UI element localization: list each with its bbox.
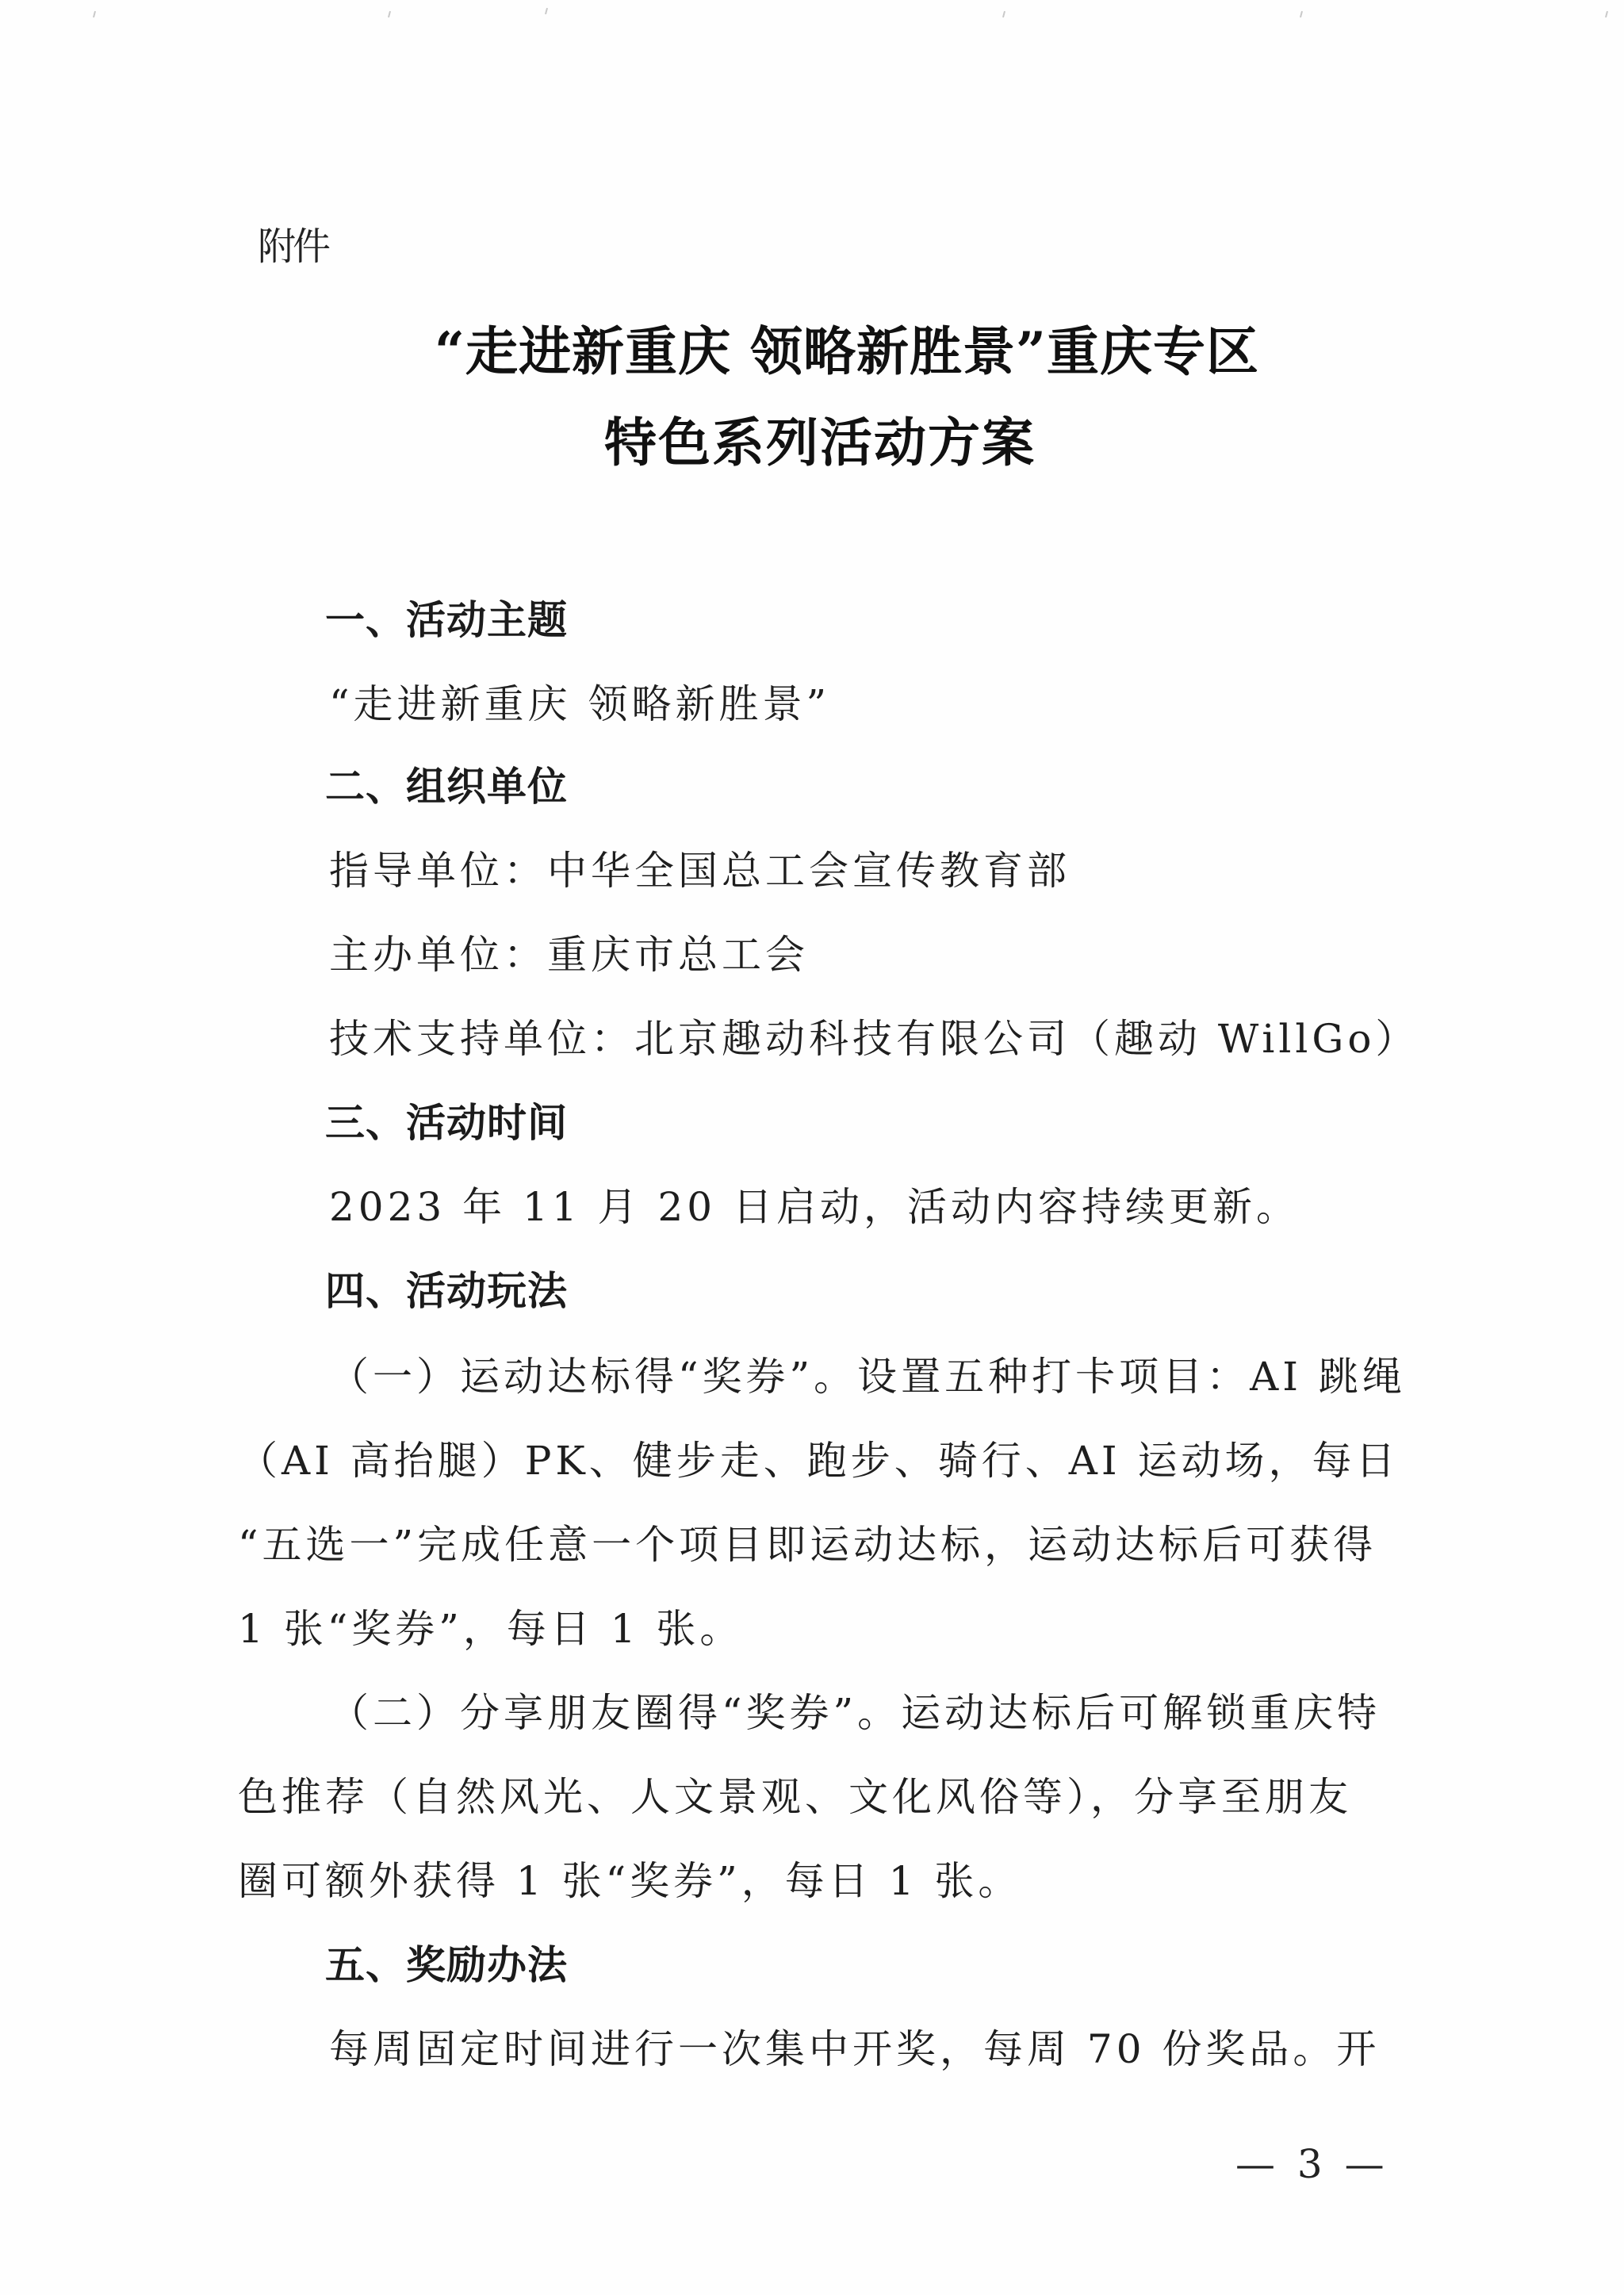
- section-heading-organizers: 二、组织单位: [325, 755, 568, 812]
- scan-artifact: [545, 8, 548, 14]
- section-heading-rewards: 五、奖励办法: [325, 1933, 568, 1990]
- gameplay-line: （AI 高抬腿）PK、健步走、跑步、骑行、AI 运动场，每日: [238, 1429, 1400, 1486]
- document-page: 附件 “走进新重庆 领略新胜景”重庆专区 特色系列活动方案 一、活动主题 “走进…: [0, 0, 1624, 2295]
- scan-artifact: [1605, 11, 1608, 17]
- scan-artifact: [388, 11, 391, 17]
- gameplay-line: 色推荐（自然风光、人文景观、文化风俗等），分享至朋友: [238, 1765, 1352, 1822]
- rewards-text: 每周固定时间进行一次集中开奖，每周 70 份奖品。开: [329, 2017, 1380, 2075]
- scan-artifact: [1002, 11, 1005, 17]
- organizer-tech-support: 技术支持单位：北京趣动科技有限公司（趣动 WillGo）: [329, 1007, 1419, 1064]
- attachment-label: 附件: [258, 216, 327, 270]
- section-heading-time: 三、活动时间: [325, 1091, 568, 1148]
- section-heading-theme: 一、活动主题: [325, 588, 568, 646]
- scan-artifact: [1300, 11, 1303, 17]
- time-text: 2023 年 11 月 20 日启动，活动内容持续更新。: [329, 1175, 1300, 1232]
- page-number: — 3 —: [1235, 2141, 1389, 2187]
- scan-artifact: [93, 11, 96, 17]
- gameplay-line: （一）运动达标得“奖券”。设置五种打卡项目：AI 跳绳: [329, 1345, 1406, 1402]
- organizer-host-unit: 主办单位：重庆市总工会: [329, 923, 809, 980]
- document-title-line-2: 特色系列活动方案: [8, 400, 1624, 476]
- gameplay-line: 1 张“奖券”，每日 1 张。: [238, 1597, 743, 1654]
- section-heading-gameplay: 四、活动玩法: [325, 1259, 568, 1316]
- document-title-line-1: “走进新重庆 领略新胜景”重庆专区: [35, 309, 1624, 385]
- organizer-guiding-unit: 指导单位：中华全国总工会宣传教育部: [329, 839, 1071, 896]
- gameplay-line: “五选一”完成任意一个项目即运动达标，运动达标后可获得: [238, 1513, 1377, 1570]
- theme-text: “走进新重庆 领略新胜景”: [329, 672, 830, 730]
- gameplay-line: （二）分享朋友圈得“奖券”。运动达标后可解锁重庆特: [329, 1681, 1381, 1738]
- gameplay-line: 圈可额外获得 1 张“奖券”，每日 1 张。: [238, 1849, 1021, 1906]
